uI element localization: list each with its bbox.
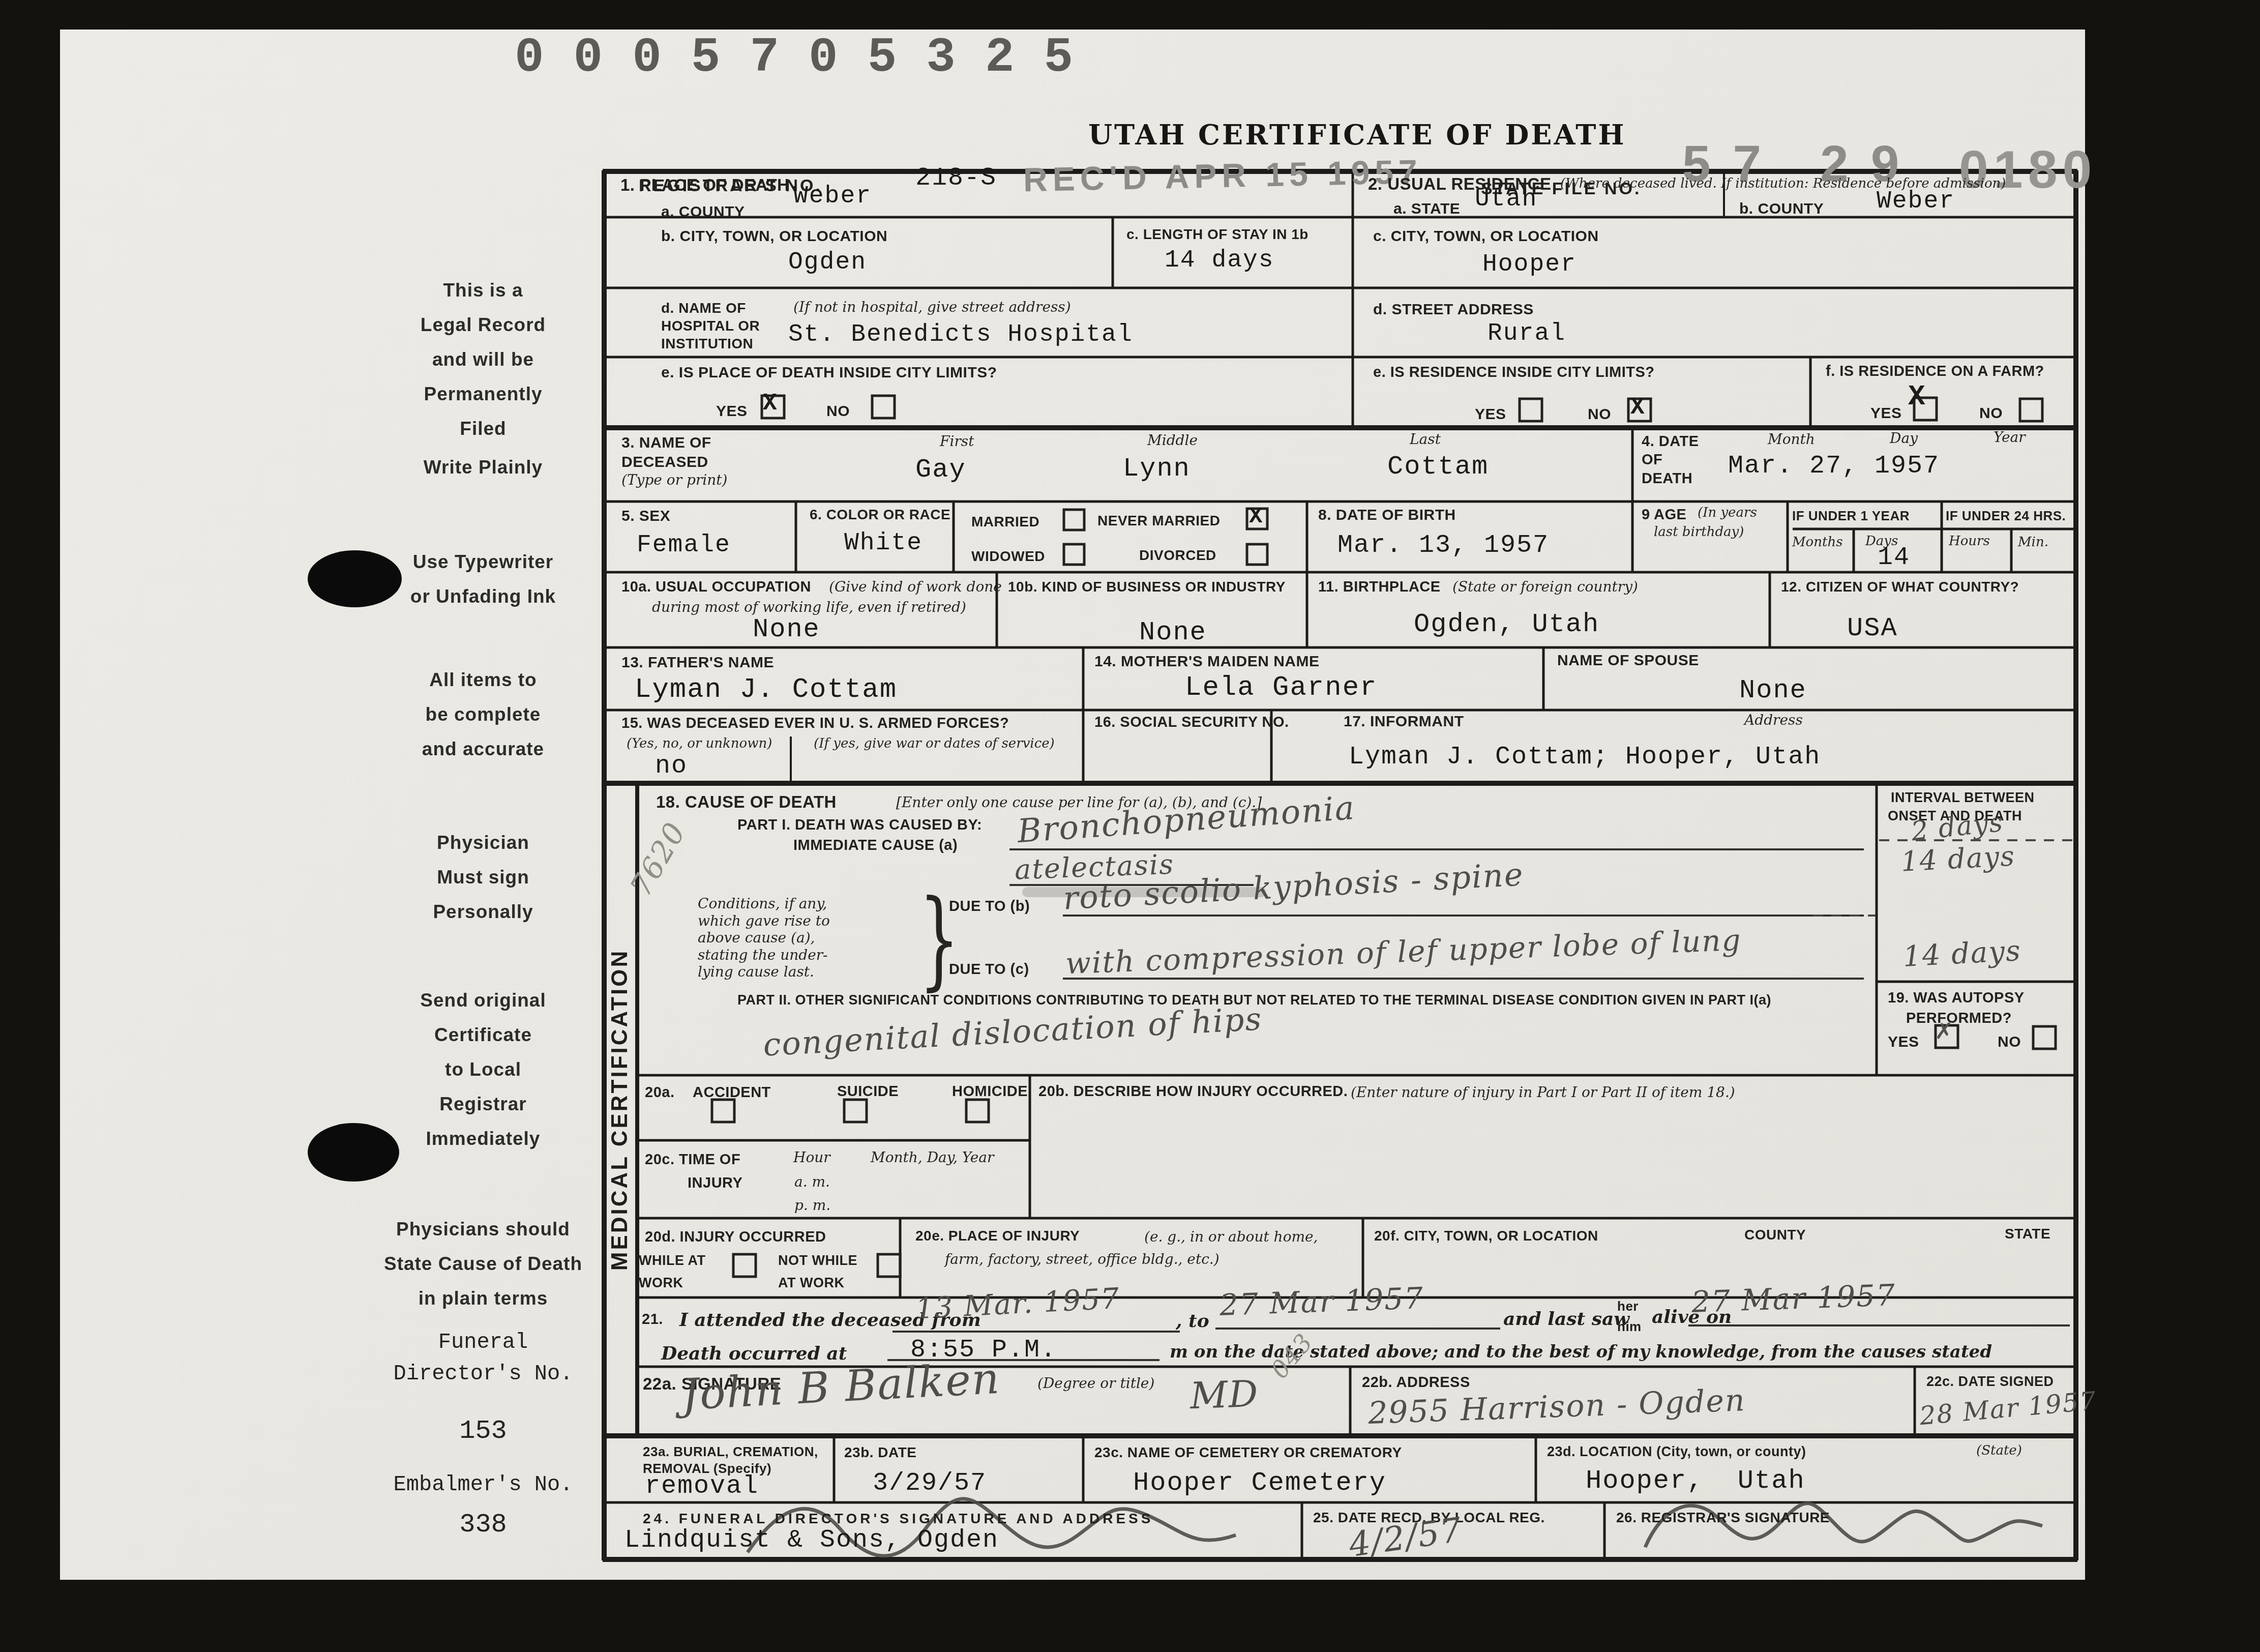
registrar-signature-label: 26. REGISTRAR'S SIGNATURE [1616, 1509, 1830, 1526]
sex-value: Female [637, 533, 731, 557]
first-name-header: First [940, 432, 974, 450]
pm-header: p. m. [794, 1196, 830, 1214]
autopsy-no-label: NO [1998, 1032, 2021, 1052]
widowed-label: WIDOWED [971, 547, 1045, 565]
death-certificate-scan: 0005705325 REGISTRAR'S NO. 218-S REC'D A… [0, 0, 2260, 1652]
interval-c-handwriting: 14 days [1902, 937, 2022, 971]
burial-removal-value: removal [645, 1474, 759, 1499]
usual-occupation-note-2: during most of working life, even if ret… [652, 598, 966, 616]
hours-header: Hours [1949, 533, 1990, 550]
residence-county-label: b. COUNTY [1739, 199, 1824, 219]
time-of-injury-label-2: INJURY [688, 1174, 742, 1192]
margin-note-typewriter-2: or Unfading Ink [336, 587, 631, 606]
attended-to-date-handwriting: 27 Mar 1957 [1219, 1283, 1424, 1320]
residence-county-value: Weber [1877, 189, 1955, 214]
middle-name-value: Lynn [1123, 456, 1191, 482]
am-header: a. m. [794, 1173, 830, 1191]
certificate-title: UTAH CERTIFICATE OF DEATH [1088, 121, 1626, 149]
funeral-director-label: 24. FUNERAL DIRECTOR'S SIGNATURE AND ADD… [643, 1510, 1153, 1527]
autopsy-label-2: PERFORMED? [1906, 1009, 2012, 1027]
place-of-injury-label: 20e. PLACE OF INJURY [915, 1227, 1080, 1245]
autopsy-label-1: 19. WAS AUTOPSY [1888, 989, 2025, 1007]
last-name-value: Cottam [1387, 454, 1489, 480]
last-saw-text: and last saw [1503, 1309, 1629, 1330]
residence-farm-yes-mark: X [1908, 382, 1925, 411]
last-alive-date-handwriting: 27 Mar 1957 [1691, 1280, 1896, 1317]
margin-note-complete-1: All items to [336, 670, 631, 689]
medical-certification-label: MEDICAL CERTIFICATION [609, 949, 631, 1270]
margin-note-legal-4: Permanently [336, 385, 631, 403]
physician-address-label: 22b. ADDRESS [1362, 1373, 1470, 1392]
due-to-c-label: DUE TO (c) [949, 960, 1029, 979]
immediate-cause-label: IMMEDIATE CAUSE (a) [793, 836, 958, 854]
if-under-24-hrs-label: IF UNDER 24 HRS. [1946, 508, 2066, 524]
place-of-injury-note-2: farm, factory, street, office bldg., etc… [945, 1250, 1220, 1268]
business-industry-label: 10b. KIND OF BUSINESS OR INDUSTRY [1008, 578, 1286, 596]
armed-forces-note-2: (If yes, give war or dates of service) [814, 735, 1055, 752]
age-note-1: (In years [1698, 505, 1757, 521]
usual-occupation-value: None [753, 616, 820, 643]
part1-label: PART I. DEATH WAS CAUSED BY: [737, 816, 982, 834]
age-days-value: 14 [1878, 545, 1910, 571]
street-address-value: Rural [1488, 321, 1566, 346]
cemetery-value: Hooper Cemetery [1133, 1470, 1386, 1496]
residence-farm-label: f. IS RESIDENCE ON A FARM? [1826, 362, 2044, 380]
armed-forces-value: no [655, 754, 688, 779]
date-of-birth-value: Mar. 13, 1957 [1337, 533, 1549, 558]
mothers-maiden-name-label: 14. MOTHER'S MAIDEN NAME [1094, 652, 1320, 671]
name-of-deceased-label: 3. NAME OF DECEASED [621, 433, 711, 471]
burial-date-value: 3/29/57 [873, 1471, 987, 1496]
margin-note-physician-3: Personally [336, 902, 631, 921]
cemetery-state-note: (State) [1976, 1442, 2022, 1459]
place-of-injury-note-1: (e. g., in or about home, [1144, 1228, 1318, 1246]
death-city-limits-yes-label: YES [716, 402, 748, 421]
describe-injury-note: (Enter nature of injury in Part I or Par… [1351, 1083, 1735, 1101]
divorced-label: DIVORCED [1139, 546, 1216, 564]
ssn-label: 16. SOCIAL SECURITY NO. [1094, 713, 1289, 731]
cemetery-label: 23c. NAME OF CEMETERY OR CREMATORY [1094, 1443, 1402, 1461]
funeral-director-value: Lindquist & Sons, Ogden [625, 1528, 999, 1553]
residence-city-limits-yes-label: YES [1475, 405, 1506, 424]
residence-city-limits-no-label: NO [1588, 405, 1611, 424]
residence-farm-yes-label: YES [1870, 404, 1902, 423]
death-occurred-text: Death occurred at [661, 1344, 847, 1364]
margin-note-send-2: Certificate [336, 1025, 631, 1044]
citizen-value: USA [1847, 615, 1898, 642]
attended-number: 21. [642, 1310, 663, 1329]
months-header: Months [1792, 534, 1843, 551]
color-race-label: 6. COLOR OR RACE [810, 506, 950, 523]
serial-number-stamp: 0005705325 [515, 34, 1103, 82]
color-race-value: White [844, 531, 923, 555]
min-header: Min. [2018, 534, 2048, 551]
her-option: her [1617, 1298, 1639, 1315]
spouse-value: None [1739, 677, 1807, 704]
degree-title-note: (Degree or title) [1037, 1374, 1154, 1392]
margin-note-plain-terms-1: Physicians should [336, 1220, 631, 1238]
cemetery-location-label: 23d. LOCATION (City, town, or county) [1547, 1443, 1806, 1461]
accident-row-number: 20a. [645, 1083, 674, 1102]
margin-note-physician-1: Physician [336, 833, 631, 852]
business-industry-value: None [1139, 619, 1207, 646]
death-city-limits-label: e. IS PLACE OF DEATH INSIDE CITY LIMITS? [661, 363, 997, 382]
if-under-1-year-label: IF UNDER 1 YEAR [1792, 508, 1910, 524]
armed-forces-label: 15. WAS DECEASED EVER IN U. S. ARMED FOR… [621, 714, 1009, 732]
residence-city-limits-label: e. IS RESIDENCE INSIDE CITY LIMITS? [1373, 363, 1655, 381]
margin-note-send-5: Immediately [336, 1129, 631, 1148]
margin-note-legal-5: Filed [336, 419, 631, 438]
city-value: Ogden [788, 250, 867, 275]
embalmers-no-label: Embalmer's No. [336, 1474, 631, 1495]
middle-name-header: Middle [1147, 431, 1198, 449]
last-name-header: Last [1410, 430, 1441, 448]
place-of-death-title: 1. PLACE OF DEATH [620, 174, 789, 195]
age-note-2: last birthday) [1654, 524, 1744, 541]
margin-note-legal-1: This is a [336, 281, 631, 300]
margin-note-complete-3: and accurate [336, 740, 631, 758]
county-label: a. COUNTY [661, 202, 745, 222]
residence-city-value: Hooper [1482, 252, 1577, 277]
first-name-value: Gay [915, 457, 966, 483]
cemetery-location-value: Hooper, Utah [1586, 1468, 1805, 1494]
registrars-no-value: 218-S [915, 166, 997, 191]
him-option: him [1617, 1318, 1642, 1335]
county-value: Weber [793, 184, 872, 209]
injury-state-label: STATE [2005, 1225, 2050, 1243]
married-label: MARRIED [971, 513, 1039, 530]
funeral-directors-no-label-1: Funeral [336, 1332, 631, 1353]
sex-label: 5. SEX [621, 507, 670, 526]
describe-injury-label: 20b. DESCRIBE HOW INJURY OCCURRED. [1038, 1082, 1348, 1101]
informant-value: Lyman J. Cottam; Hooper, Utah [1349, 745, 1821, 770]
received-date-stamp: REC'D APR 15 1957 [1023, 155, 1422, 196]
injury-city-label: 20f. CITY, TOWN, OR LOCATION [1374, 1227, 1598, 1245]
informant-address-header: Address [1744, 711, 1803, 729]
day-header: Day [1890, 429, 1918, 447]
hospital-value: St. Benedicts Hospital [788, 322, 1133, 347]
date-of-death-value: Mar. 27, 1957 [1728, 454, 1940, 479]
suicide-label: SUICIDE [837, 1082, 899, 1101]
residence-state-value: Utah [1475, 187, 1537, 212]
margin-note-legal-2: Legal Record [336, 315, 631, 334]
month-day-year-header: Month, Day, Year [871, 1148, 994, 1166]
interval-b-handwriting: 14 days [1900, 842, 2016, 876]
margin-note-legal-3: and will be [336, 350, 631, 369]
physician-degree-handwriting: MD [1190, 1375, 1260, 1414]
margin-note-plain-terms-3: in plain terms [336, 1289, 631, 1308]
margin-note-send-3: to Local [336, 1060, 631, 1079]
length-of-stay-label: c. LENGTH OF STAY IN 1b [1126, 225, 1309, 243]
street-address-label: d. STREET ADDRESS [1373, 300, 1534, 319]
margin-note-plain-terms-2: State Cause of Death [336, 1254, 631, 1273]
mothers-maiden-name-value: Lela Garner [1185, 674, 1377, 702]
interval-header-1: INTERVAL BETWEEN [1891, 789, 2035, 807]
margin-note-send-1: Send original [336, 991, 631, 1010]
not-while-label-2: AT WORK [778, 1275, 844, 1292]
due-to-b-label: DUE TO (b) [949, 897, 1030, 916]
hospital-note: (If not in hospital, give street address… [793, 298, 1071, 316]
autopsy-yes-mark: ✗ [1936, 1018, 1952, 1046]
birthplace-label: 11. BIRTHPLACE [1318, 578, 1441, 596]
homicide-label: HOMICIDE [952, 1082, 1028, 1101]
informant-label: 17. INFORMANT [1344, 712, 1464, 731]
death-city-limits-no-label: NO [826, 402, 850, 421]
cause-of-death-title: 18. CAUSE OF DEATH [656, 791, 837, 812]
fathers-name-value: Lyman J. Cottam [635, 676, 897, 704]
residence-farm-no-label: NO [1979, 404, 2003, 423]
date-signed-label: 22c. DATE SIGNED [1926, 1373, 2054, 1391]
spouse-label: NAME OF SPOUSE [1557, 651, 1699, 670]
embalmers-no-value: 338 [336, 1512, 631, 1538]
hour-header: Hour [793, 1148, 830, 1166]
birthplace-value: Ogden, Utah [1414, 611, 1599, 638]
autopsy-yes-label: YES [1888, 1032, 1919, 1052]
funeral-directors-no-label-2: Director's No. [336, 1363, 631, 1384]
margin-note-complete-2: be complete [336, 705, 631, 724]
burial-date-label: 23b. DATE [844, 1443, 916, 1461]
year-header: Year [1994, 428, 2026, 446]
funeral-directors-no-value: 153 [336, 1418, 631, 1444]
fathers-name-label: 13. FATHER'S NAME [621, 653, 774, 672]
injury-county-label: COUNTY [1744, 1226, 1806, 1244]
date-of-birth-label: 8. DATE OF BIRTH [1318, 506, 1456, 525]
never-married-mark: X [1249, 506, 1262, 528]
death-city-limits-yes-mark: X [763, 392, 777, 415]
citizen-label: 12. CITIZEN OF WHAT COUNTRY? [1781, 578, 2019, 596]
not-while-label-1: NOT WHILE [778, 1252, 857, 1270]
while-at-work-label-1: WHILE AT [639, 1252, 705, 1270]
margin-note-write-plainly: Write Plainly [336, 458, 631, 477]
usual-occupation-note-1: (Give kind of work done [829, 578, 1002, 596]
month-header: Month [1768, 430, 1815, 448]
injury-occurred-label: 20d. INJURY OCCURRED [645, 1228, 826, 1246]
while-at-work-label-2: WORK [639, 1275, 683, 1292]
hospital-label: d. NAME OF HOSPITAL OR INSTITUTION [661, 299, 760, 352]
date-of-death-label: 4. DATE OF DEATH [1642, 432, 1699, 488]
never-married-label: NEVER MARRIED [1097, 512, 1220, 529]
attended-text-2: , to [1176, 1311, 1209, 1332]
birthplace-note: (State or foreign country) [1452, 578, 1638, 596]
margin-note-send-4: Registrar [336, 1095, 631, 1113]
age-label: 9 AGE [1642, 506, 1686, 524]
time-of-injury-label-1: 20c. TIME OF [645, 1150, 740, 1169]
margin-note-typewriter-1: Use Typewriter [336, 552, 631, 571]
city-label: b. CITY, TOWN, OR LOCATION [661, 227, 887, 246]
conditions-note: Conditions, if any, which gave rise to a… [698, 895, 830, 981]
margin-note-physician-2: Must sign [336, 868, 631, 887]
type-or-print-note: (Type or print) [621, 471, 727, 489]
usual-occupation-label: 10a. USUAL OCCUPATION [621, 578, 811, 596]
accident-label: ACCIDENT [693, 1083, 771, 1102]
residence-state-label: a. STATE [1393, 199, 1460, 219]
residence-city-label: c. CITY, TOWN, OR LOCATION [1373, 227, 1599, 246]
armed-forces-note-1: (Yes, no, or unknown) [627, 735, 772, 752]
residence-city-limits-no-mark: X [1630, 396, 1645, 419]
length-of-stay-value: 14 days [1165, 248, 1274, 273]
